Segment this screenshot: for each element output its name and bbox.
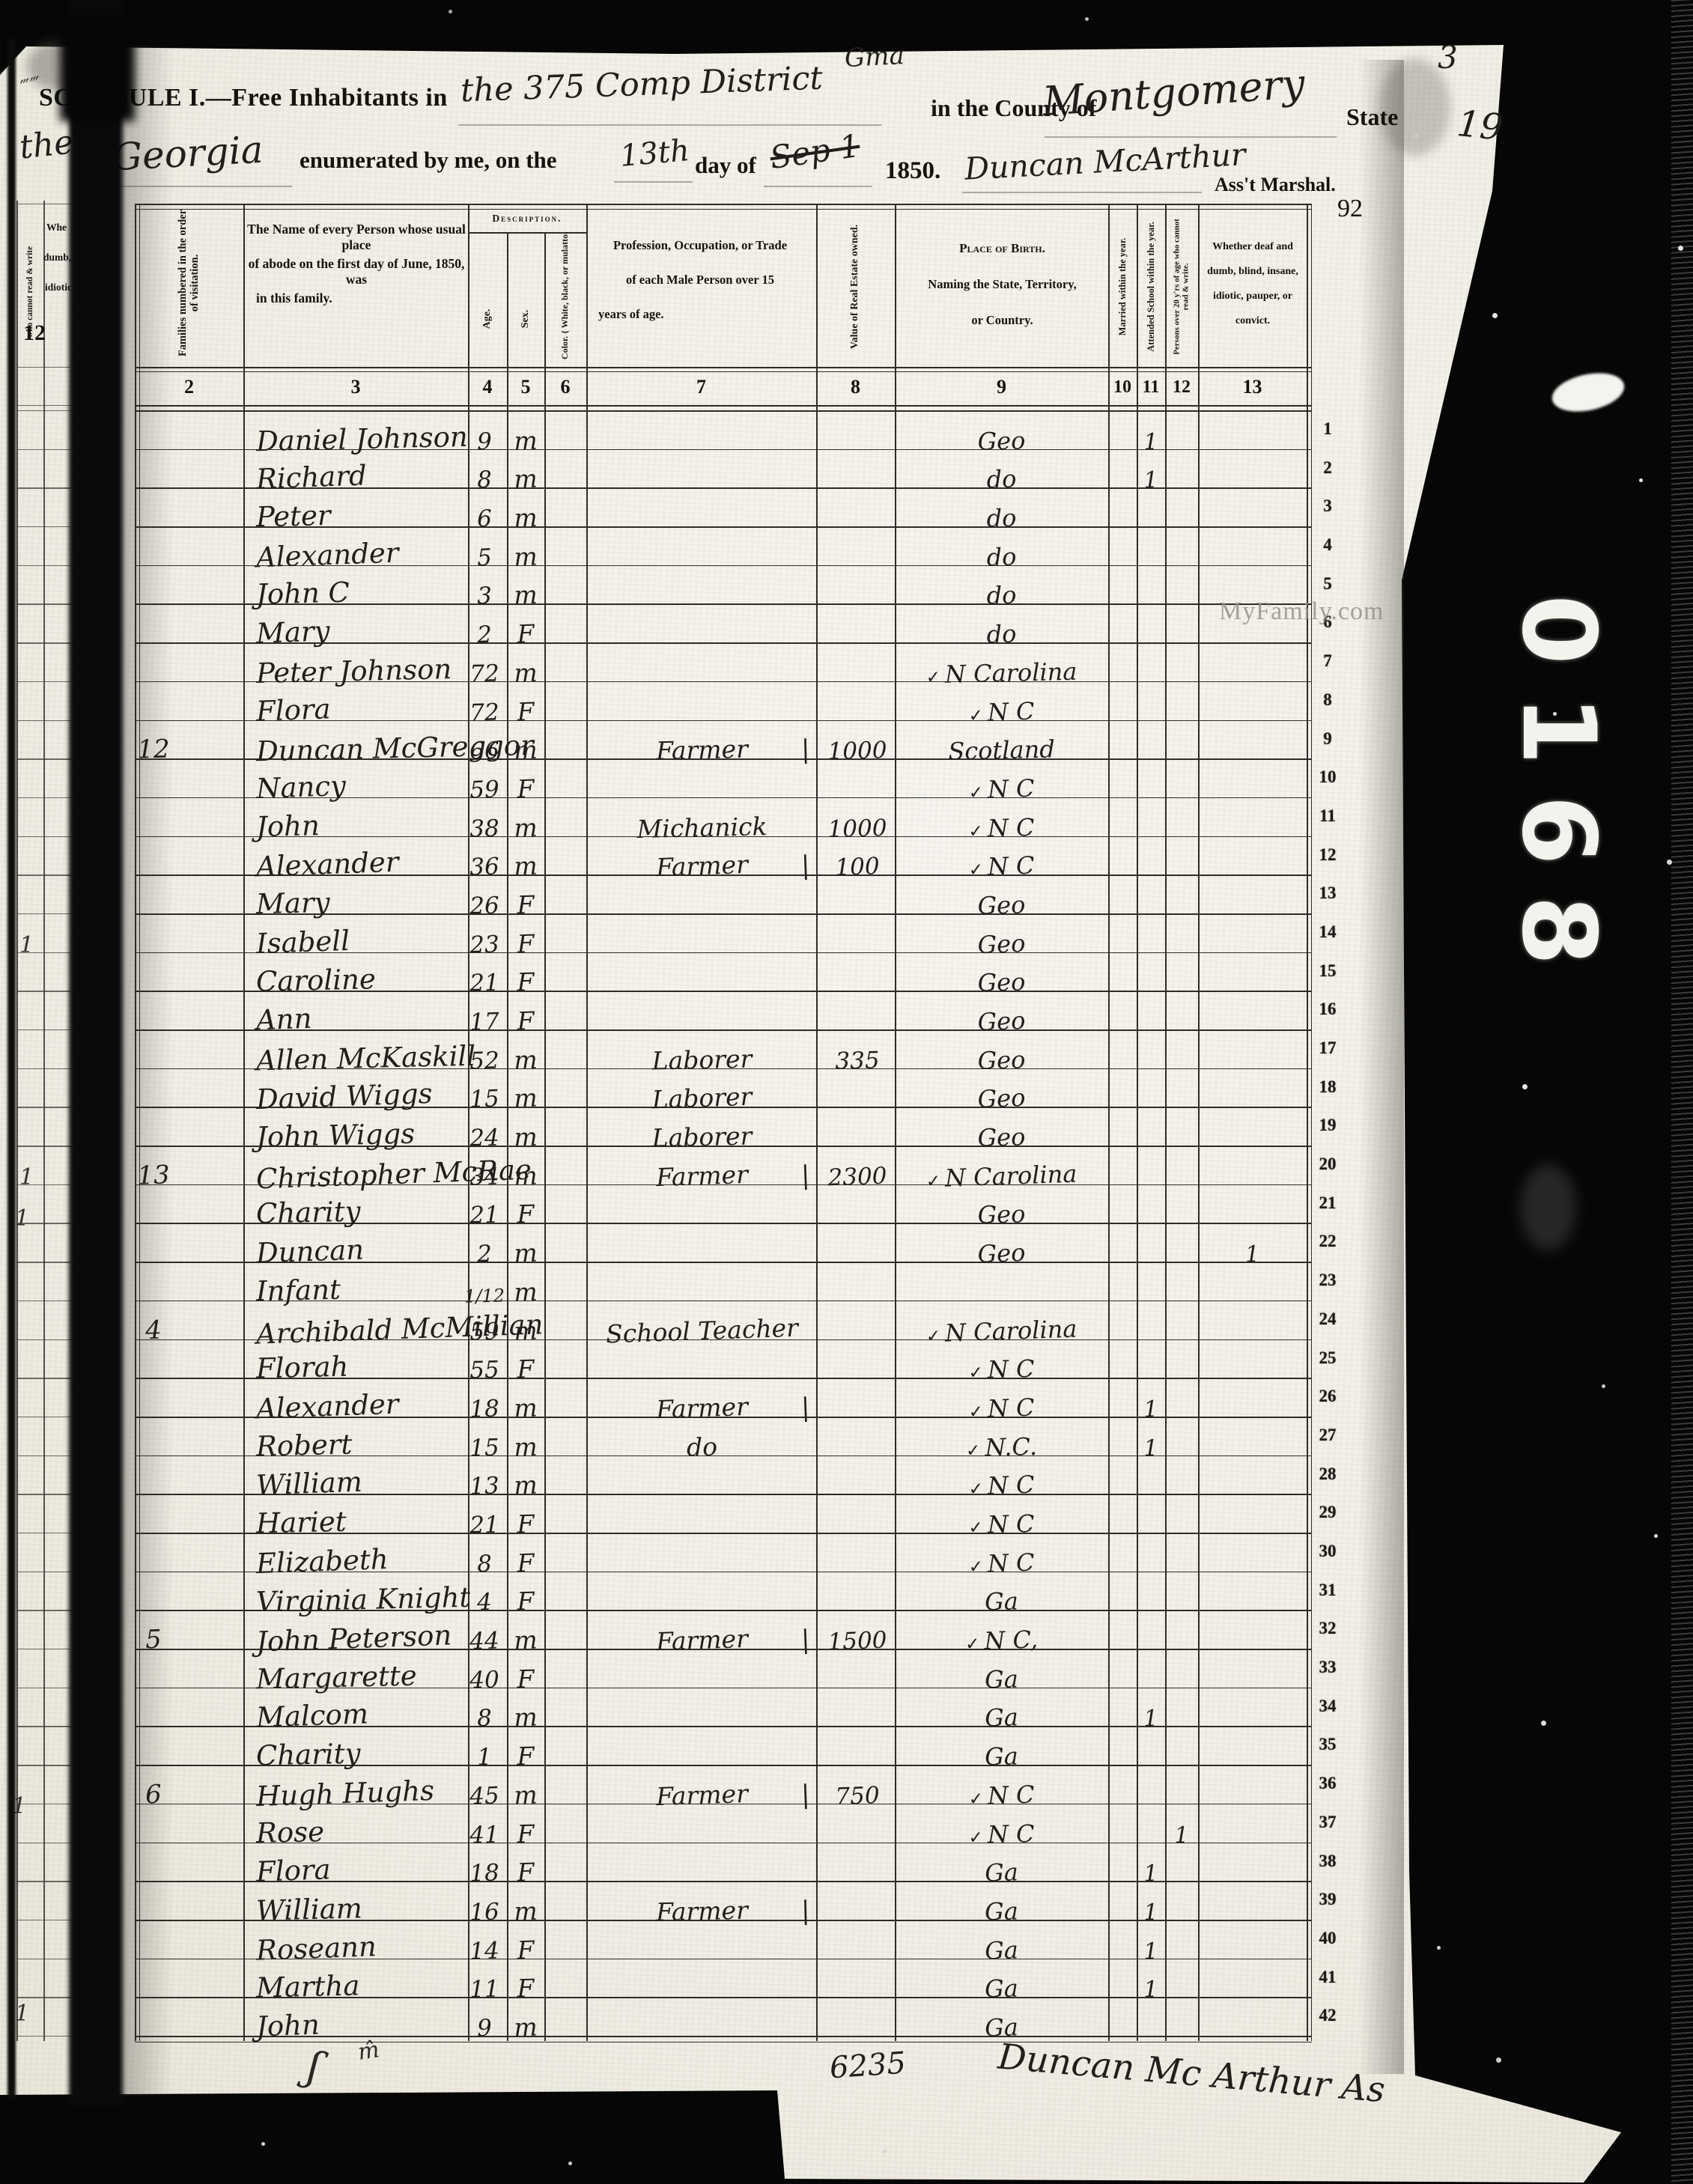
film-speckles bbox=[0, 0, 2, 2]
enumerated-label: enumerated by me, on the bbox=[300, 147, 557, 174]
col-birth-header-line: Naming the State, Territory, bbox=[896, 277, 1108, 292]
col-number: 12 bbox=[1165, 377, 1198, 398]
month-blank-line bbox=[764, 186, 872, 187]
table-row: Hariet21F✓N C bbox=[0, 1494, 1693, 1533]
table-row: Margarette40FGa bbox=[0, 1649, 1693, 1688]
col-condition-header-line: convict. bbox=[1200, 315, 1306, 327]
col-married-header: Married within the year. bbox=[1107, 213, 1137, 360]
marshal-title-label: Ass't Marshal. bbox=[1215, 174, 1336, 196]
table-row: 5John Peterson44mFarmer1500|✓N C, bbox=[0, 1610, 1693, 1649]
marshal-blank-line bbox=[962, 192, 1202, 193]
table-row: 4Archibald McMillian59mSchool Teacher✓N … bbox=[0, 1301, 1693, 1339]
district-blank-line bbox=[458, 124, 881, 126]
col-occupation-header-line: Profession, Occupation, or Trade bbox=[588, 238, 812, 253]
grid-hline bbox=[16, 367, 71, 368]
table-row: Virginia Knight4FGa bbox=[0, 1572, 1693, 1610]
table-row: Alexander5mdo bbox=[0, 526, 1693, 565]
table-row: Malcom8m1Ga bbox=[0, 1688, 1693, 1727]
day-blank-line bbox=[614, 181, 693, 183]
col-occupation-header-line: years of age. bbox=[588, 307, 823, 322]
col-occupation-header-line: of each Male Person over 15 bbox=[588, 273, 812, 288]
col-condition-header-line: dumb, blind, insane, bbox=[1200, 266, 1306, 278]
col-number: 7 bbox=[586, 376, 816, 398]
grid-hline bbox=[135, 371, 1312, 372]
county-blank-line bbox=[1045, 136, 1337, 138]
col-number: 2 bbox=[135, 376, 243, 398]
table-row: Rose41F1✓N C bbox=[0, 1804, 1693, 1843]
table-row: David Wiggs15mLaborerGeo bbox=[0, 1068, 1693, 1107]
cell-name: John bbox=[255, 2009, 320, 2043]
table-row: Florah55F✓N C bbox=[0, 1339, 1693, 1378]
col-cannot-read-header: Persons over 20 y'rs of age who cannot r… bbox=[1164, 210, 1199, 364]
table-row: Elizabeth8F✓N C bbox=[0, 1533, 1693, 1572]
col-condition-header-line: Whether deaf and bbox=[1200, 241, 1306, 253]
page-number: 92 bbox=[1337, 195, 1363, 223]
grid-hline bbox=[16, 405, 71, 406]
state-label: State bbox=[1346, 103, 1398, 131]
prev-page-col13-fragment: dumb, bbox=[43, 252, 71, 264]
table-row: Duncan2m1Geo bbox=[0, 1223, 1693, 1262]
col-number: 4 bbox=[468, 376, 507, 398]
page-fold-gutter bbox=[69, 0, 123, 2105]
table-row: Peter Johnson72m✓N Carolina bbox=[0, 642, 1693, 681]
table-row: Flora72F✓N C bbox=[0, 681, 1693, 720]
grid-hline bbox=[135, 209, 1312, 210]
table-row: 13Christopher McRae34mFarmer2300|✓N Caro… bbox=[0, 1146, 1693, 1184]
col-condition-header-line: idiotic, pauper, or bbox=[1200, 291, 1306, 302]
table-row: Richard8m1do bbox=[0, 449, 1693, 488]
col-number: 5 bbox=[507, 376, 544, 398]
table-row: Isabell23FGeo bbox=[0, 913, 1693, 952]
cell-age: 9 bbox=[461, 2014, 508, 2042]
table-row: Robert15mdo1✓N.C. bbox=[0, 1417, 1693, 1456]
table-row: John Wiggs24mLaborerGeo bbox=[0, 1107, 1693, 1146]
col-sex-header: Sex. bbox=[512, 267, 539, 371]
page-fold-gutter-top bbox=[60, 16, 135, 121]
table-row: 6Hugh Hughs45mFarmer750|✓N C bbox=[0, 1765, 1693, 1804]
table-row: Daniel Johnson9m1Geo bbox=[0, 410, 1693, 449]
census-scan-page: { "header": { "title": "SCHEDULE I.—Free… bbox=[0, 0, 1693, 2184]
table-row: William16mFarmer1|Ga bbox=[0, 1881, 1693, 1920]
table-row: John9mGa bbox=[0, 1997, 1693, 2036]
col-number: 6 bbox=[544, 376, 586, 398]
cell-sex: m bbox=[506, 2012, 544, 2042]
day-handwritten: 13th bbox=[618, 133, 690, 174]
col-age-header: Age. bbox=[474, 267, 501, 371]
table-row: Roseann14F1Ga bbox=[0, 1920, 1693, 1959]
col-number: 11 bbox=[1137, 377, 1165, 398]
year-label: 1850. bbox=[885, 157, 940, 185]
table-row: Allen McKaskill52mLaborer335Geo bbox=[0, 1029, 1693, 1068]
table-row: Ann17FGeo bbox=[0, 991, 1693, 1029]
col-number: 9 bbox=[895, 376, 1108, 398]
grid-hline bbox=[135, 367, 1312, 368]
grid-hline bbox=[16, 204, 71, 204]
table-row: William13m✓N C bbox=[0, 1456, 1693, 1494]
table-row: Caroline21FGeo bbox=[0, 952, 1693, 991]
table-row: Alexander18mFarmer1|✓N C bbox=[0, 1378, 1693, 1417]
table-row: John38mMichanick1000✓N C bbox=[0, 797, 1693, 836]
table-row: Charity21FGeo bbox=[0, 1184, 1693, 1223]
total-value: 6235 bbox=[829, 2046, 908, 2086]
table-row: Infant1/12m bbox=[0, 1262, 1693, 1301]
prev-page-col12-number: 12 bbox=[19, 320, 49, 346]
prev-page-col13-fragment: Whe bbox=[46, 222, 71, 234]
col-birth-header-line: Place of Birth. bbox=[896, 241, 1108, 256]
day-of-label: day of bbox=[695, 152, 756, 179]
col-value-header: Value of Real Estate owned. bbox=[826, 212, 884, 362]
table-row: Alexander36mFarmer100|✓N C bbox=[0, 836, 1693, 875]
col-birth-header-line: or Country. bbox=[896, 313, 1108, 328]
watermark: MyFamily.com bbox=[1219, 597, 1489, 626]
film-edge-line-left bbox=[7, 39, 16, 2099]
grid-hline bbox=[135, 2042, 1312, 2042]
grid-hline bbox=[16, 2036, 71, 2037]
table-row: Peter6mdo bbox=[0, 487, 1693, 526]
col-number: 13 bbox=[1198, 376, 1307, 398]
grid-hline bbox=[135, 204, 1312, 205]
state-handwritten: Georgia bbox=[112, 128, 264, 179]
table-row: Charity1FGa bbox=[0, 1726, 1693, 1765]
col-number: 3 bbox=[243, 376, 468, 398]
corner-note-3: 3 bbox=[1438, 39, 1458, 76]
table-row: Flora18F1Ga bbox=[0, 1843, 1693, 1882]
table-row: Mary26FGeo bbox=[0, 874, 1693, 913]
corner-note-19: 19 bbox=[1455, 103, 1505, 149]
grid-hline bbox=[135, 405, 1312, 407]
col-name-header-line: The Name of every Person whose usual pla… bbox=[247, 222, 466, 253]
prev-page-col13-fragment: idiotic bbox=[45, 282, 71, 293]
state-blank-line bbox=[112, 186, 292, 187]
table-row: Nancy59F✓N C bbox=[0, 758, 1693, 797]
col-name-header-line: in this family. bbox=[247, 291, 475, 306]
col-color-header: Color. { White, black, or mulatto. bbox=[547, 222, 583, 369]
district-note: Gma bbox=[844, 40, 905, 73]
margin-fragment-word: the bbox=[18, 123, 76, 166]
bottom-scribble-2: m̂ bbox=[356, 2037, 381, 2066]
table-row: 12Duncan McGreggor66mFarmer1000|Scotland bbox=[0, 720, 1693, 759]
col-name-header-line: of abode on the first day of June, 1850,… bbox=[247, 256, 466, 288]
col-number: 10 bbox=[1108, 377, 1137, 398]
table-row: Martha11F1Ga bbox=[0, 1959, 1693, 1998]
col-school-header: Attended School within the year. bbox=[1136, 213, 1166, 360]
col-number: 8 bbox=[816, 376, 895, 398]
col-families-header: Families numbered in the order of visita… bbox=[151, 204, 226, 362]
